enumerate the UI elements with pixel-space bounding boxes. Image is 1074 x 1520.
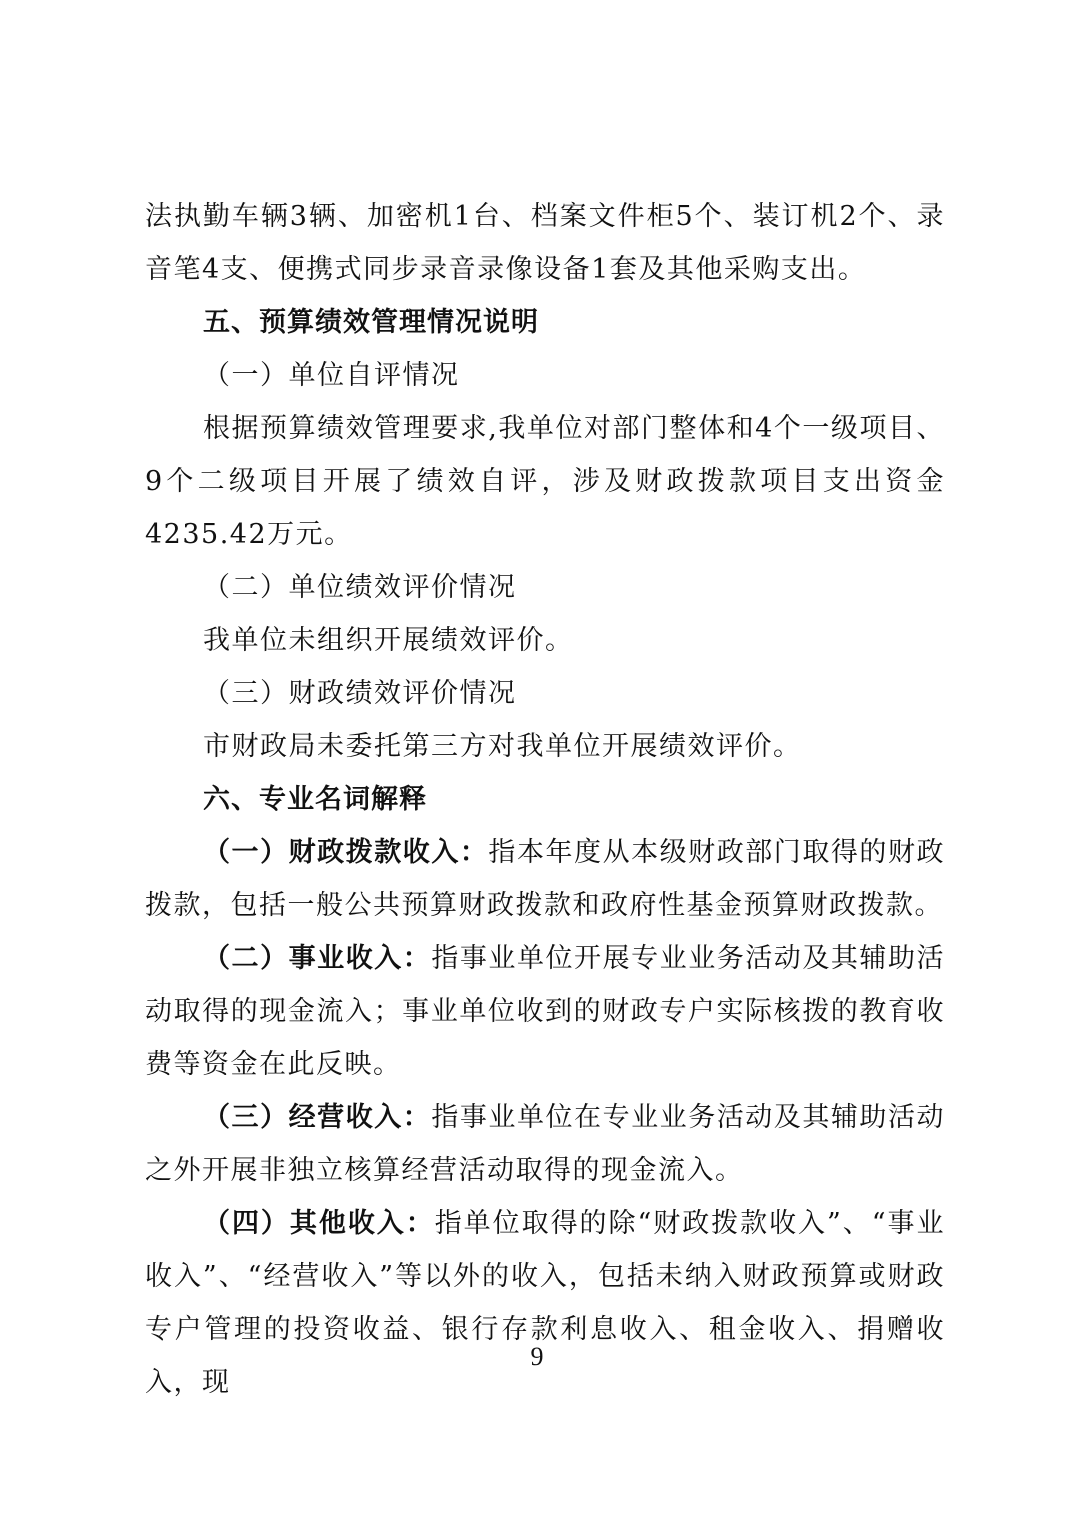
glossary-item: （二）事业收入：指事业单位开展专业业务活动及其辅助活动取得的现金流入；事业单位收…	[145, 932, 945, 1091]
section-heading-glossary: 六、专业名词解释	[145, 773, 945, 826]
glossary-term: （二）事业收入：	[203, 943, 431, 974]
subsection-heading-finance-evaluation: （三）财政绩效评价情况	[145, 667, 945, 720]
subsection-heading-self-evaluation: （一）单位自评情况	[145, 349, 945, 402]
self-evaluation-paragraph: 根据预算绩效管理要求,我单位对部门整体和4个一级项目、9个二级项目开展了绩效自评…	[145, 402, 945, 561]
glossary-term: （一）财政拨款收入：	[203, 837, 488, 868]
section-heading-budget-performance: 五、预算绩效管理情况说明	[145, 296, 945, 349]
subsection-heading-unit-evaluation: （二）单位绩效评价情况	[145, 561, 945, 614]
glossary-term: （四）其他收入：	[203, 1208, 435, 1239]
document-page: 法执勤车辆3辆、加密机1台、档案文件柜5个、装订机2个、录音笔4支、便携式同步录…	[145, 190, 945, 1409]
finance-evaluation-paragraph: 市财政局未委托第三方对我单位开展绩效评价。	[145, 720, 945, 773]
glossary-item: （一）财政拨款收入：指本年度从本级财政部门取得的财政拨款，包括一般公共预算财政拨…	[145, 826, 945, 932]
page-number: 9	[0, 1342, 1074, 1372]
glossary-item: （四）其他收入：指单位取得的除“财政拨款收入”、“事业收入”、“经营收入”等以外…	[145, 1197, 945, 1409]
continuation-paragraph: 法执勤车辆3辆、加密机1台、档案文件柜5个、装订机2个、录音笔4支、便携式同步录…	[145, 190, 945, 296]
unit-evaluation-paragraph: 我单位未组织开展绩效评价。	[145, 614, 945, 667]
glossary-item: （三）经营收入：指事业单位在专业业务活动及其辅助活动之外开展非独立核算经营活动取…	[145, 1091, 945, 1197]
glossary-term: （三）经营收入：	[203, 1102, 431, 1133]
